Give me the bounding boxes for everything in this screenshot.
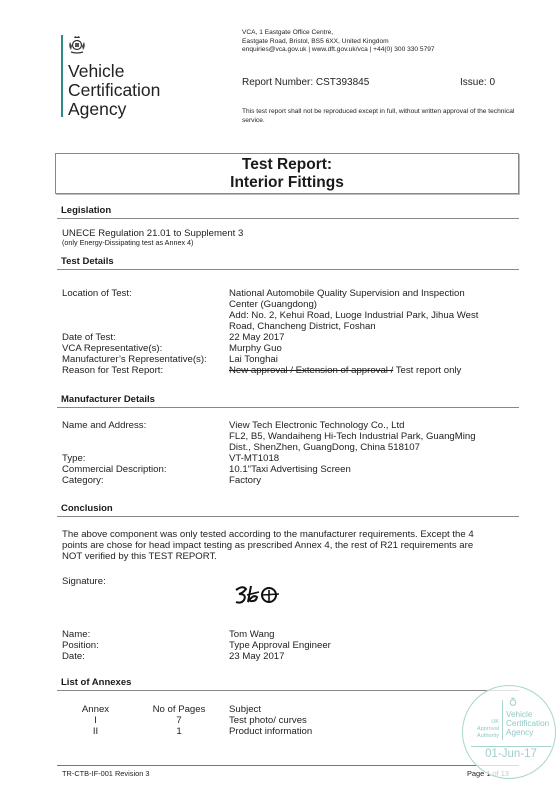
name-address-value: View Tech Electronic Technology Co., Ltd… xyxy=(229,420,476,453)
manufacturer-rep-value: Lai Tonghai xyxy=(229,354,461,365)
regulation-note: (only Energy-Dissipating test as Annex 4… xyxy=(62,239,193,248)
stamp-line: Agency xyxy=(506,728,549,737)
logo-line: Certification xyxy=(68,81,160,100)
location-value: National Automobile Quality Supervision … xyxy=(229,288,478,332)
stamp-authority-text: UK Approval Authority xyxy=(467,719,499,740)
address-line: Eastgate Road, Bristol, BS5 6XX, United … xyxy=(242,38,435,47)
section-heading-manufacturer: Manufacturer Details xyxy=(57,394,519,408)
manufacturer-line: FL2, B5, Wandaiheng Hi-Tech Industrial P… xyxy=(229,431,476,442)
conclusion-line: The above component was only tested acco… xyxy=(62,529,522,540)
section-heading-conclusion: Conclusion xyxy=(57,503,519,517)
date-of-test-label: Date of Test: xyxy=(62,332,207,343)
signature-label: Signature: xyxy=(62,576,106,587)
reproduction-disclaimer: This test report shall not be reproduced… xyxy=(242,108,522,125)
stamp-date: 01-Jun-17 xyxy=(463,748,559,760)
contact-line: enquiries@vca.gov.uk | www.dft.gov.uk/vc… xyxy=(242,46,435,55)
position-value: Type Approval Engineer xyxy=(229,640,331,651)
category-value: Factory xyxy=(229,475,351,486)
annex-pages: 1 xyxy=(129,726,229,737)
stamp-line: UK xyxy=(467,719,499,726)
location-label: Location of Test: xyxy=(62,288,132,299)
category-label: Category: xyxy=(62,475,167,486)
conclusion-text: The above component was only tested acco… xyxy=(62,529,522,562)
stamp-line: Authority xyxy=(467,733,499,740)
test-details-values: 22 May 2017 Murphy Guo Lai Tonghai New a… xyxy=(229,332,461,376)
reason-selected: Test report only xyxy=(393,365,461,376)
annex-table: Annex No of Pages Subject I 7 Test photo… xyxy=(62,704,312,737)
report-number: Report Number: CST393845 xyxy=(242,77,369,88)
section-heading-annexes: List of Annexes xyxy=(57,677,519,691)
section-heading-legislation: Legislation xyxy=(57,205,519,219)
manufacturer-values: VT-MT1018 10.1"Taxi Advertising Screen F… xyxy=(229,453,351,486)
location-line: National Automobile Quality Supervision … xyxy=(229,288,478,299)
agency-logo-text: Vehicle Certification Agency xyxy=(68,62,160,119)
conclusion-line: points are chose for head impact testing… xyxy=(62,540,522,551)
address-line: VCA, 1 Eastgate Office Centre, xyxy=(242,29,435,38)
stamp-line: Vehicle xyxy=(506,710,549,719)
date-label: Date: xyxy=(62,651,99,662)
vca-rep-label: VCA Representative(s): xyxy=(62,343,207,354)
annex-number: II xyxy=(62,726,129,737)
annex-subject: Product information xyxy=(229,726,312,737)
date-value: 23 May 2017 xyxy=(229,651,331,662)
manufacturer-line: Dist., ShenZhen, GuangDong, China 518107 xyxy=(229,442,476,453)
logo-line: Agency xyxy=(68,100,160,119)
name-value: Tom Wang xyxy=(229,629,331,640)
name-address-label: Name and Address: xyxy=(62,420,146,431)
vca-rep-value: Murphy Guo xyxy=(229,343,461,354)
footer-divider xyxy=(57,765,519,766)
annex-pages: 7 xyxy=(129,715,229,726)
manufacturer-line: View Tech Electronic Technology Co., Ltd xyxy=(229,420,476,431)
stamp-line: Certification xyxy=(506,719,549,728)
approval-stamp: UK Approval Authority Vehicle Certificat… xyxy=(462,685,556,779)
reason-value: New approval / Extension of approval / T… xyxy=(229,365,461,376)
document-reference: TR-CTB-IF-001 Revision 3 xyxy=(62,769,149,778)
annex-subject: Test photo/ curves xyxy=(229,715,307,726)
type-label: Type: xyxy=(62,453,167,464)
annex-number: I xyxy=(62,715,129,726)
title-line-1: Test Report: xyxy=(56,156,518,174)
location-line: Add: No. 2, Kehui Road, Luoge Industrial… xyxy=(229,310,478,321)
issue-number: Issue: 0 xyxy=(460,77,495,88)
signatory-values: Tom Wang Type Approval Engineer 23 May 2… xyxy=(229,629,331,662)
name-label: Name: xyxy=(62,629,99,640)
test-details-labels: Date of Test: VCA Representative(s): Man… xyxy=(62,332,207,376)
royal-crest-icon xyxy=(66,33,88,55)
annex-header-row: Annex No of Pages Subject xyxy=(62,704,312,715)
commercial-description-value: 10.1"Taxi Advertising Screen xyxy=(229,464,351,475)
table-row: II 1 Product information xyxy=(62,726,312,737)
reason-struck-options: New approval / Extension of approval / xyxy=(229,365,393,376)
logo-accent-bar xyxy=(61,35,63,117)
stamp-divider xyxy=(502,700,503,740)
agency-address: VCA, 1 Eastgate Office Centre, Eastgate … xyxy=(242,29,435,55)
manufacturer-rep-label: Manufacturer’s Representative(s): xyxy=(62,354,207,365)
stamp-crest-icon xyxy=(507,696,519,708)
table-row: I 7 Test photo/ curves xyxy=(62,715,312,726)
position-label: Position: xyxy=(62,640,99,651)
title-line-2: Interior Fittings xyxy=(56,174,518,192)
handwritten-signature-icon xyxy=(233,582,293,606)
commercial-description-label: Commercial Description: xyxy=(62,464,167,475)
reason-label: Reason for Test Report: xyxy=(62,365,207,376)
column-header-pages: No of Pages xyxy=(129,704,229,715)
location-line: Center (Guangdong) xyxy=(229,299,478,310)
stamp-rule xyxy=(471,746,551,747)
column-header-annex: Annex xyxy=(62,704,129,715)
column-header-subject: Subject xyxy=(229,704,261,715)
report-title-box: Test Report: Interior Fittings xyxy=(55,153,519,194)
signatory-labels: Name: Position: Date: xyxy=(62,629,99,662)
section-heading-test-details: Test Details xyxy=(57,256,519,270)
location-line: Road, Chancheng District, Foshan xyxy=(229,321,478,332)
type-value: VT-MT1018 xyxy=(229,453,351,464)
logo-line: Vehicle xyxy=(68,62,160,81)
conclusion-line: NOT verified by this TEST REPORT. xyxy=(62,551,522,562)
stamp-agency-name: Vehicle Certification Agency xyxy=(506,710,549,737)
stamp-line: Approval xyxy=(467,726,499,733)
manufacturer-labels: Type: Commercial Description: Category: xyxy=(62,453,167,486)
date-of-test-value: 22 May 2017 xyxy=(229,332,461,343)
